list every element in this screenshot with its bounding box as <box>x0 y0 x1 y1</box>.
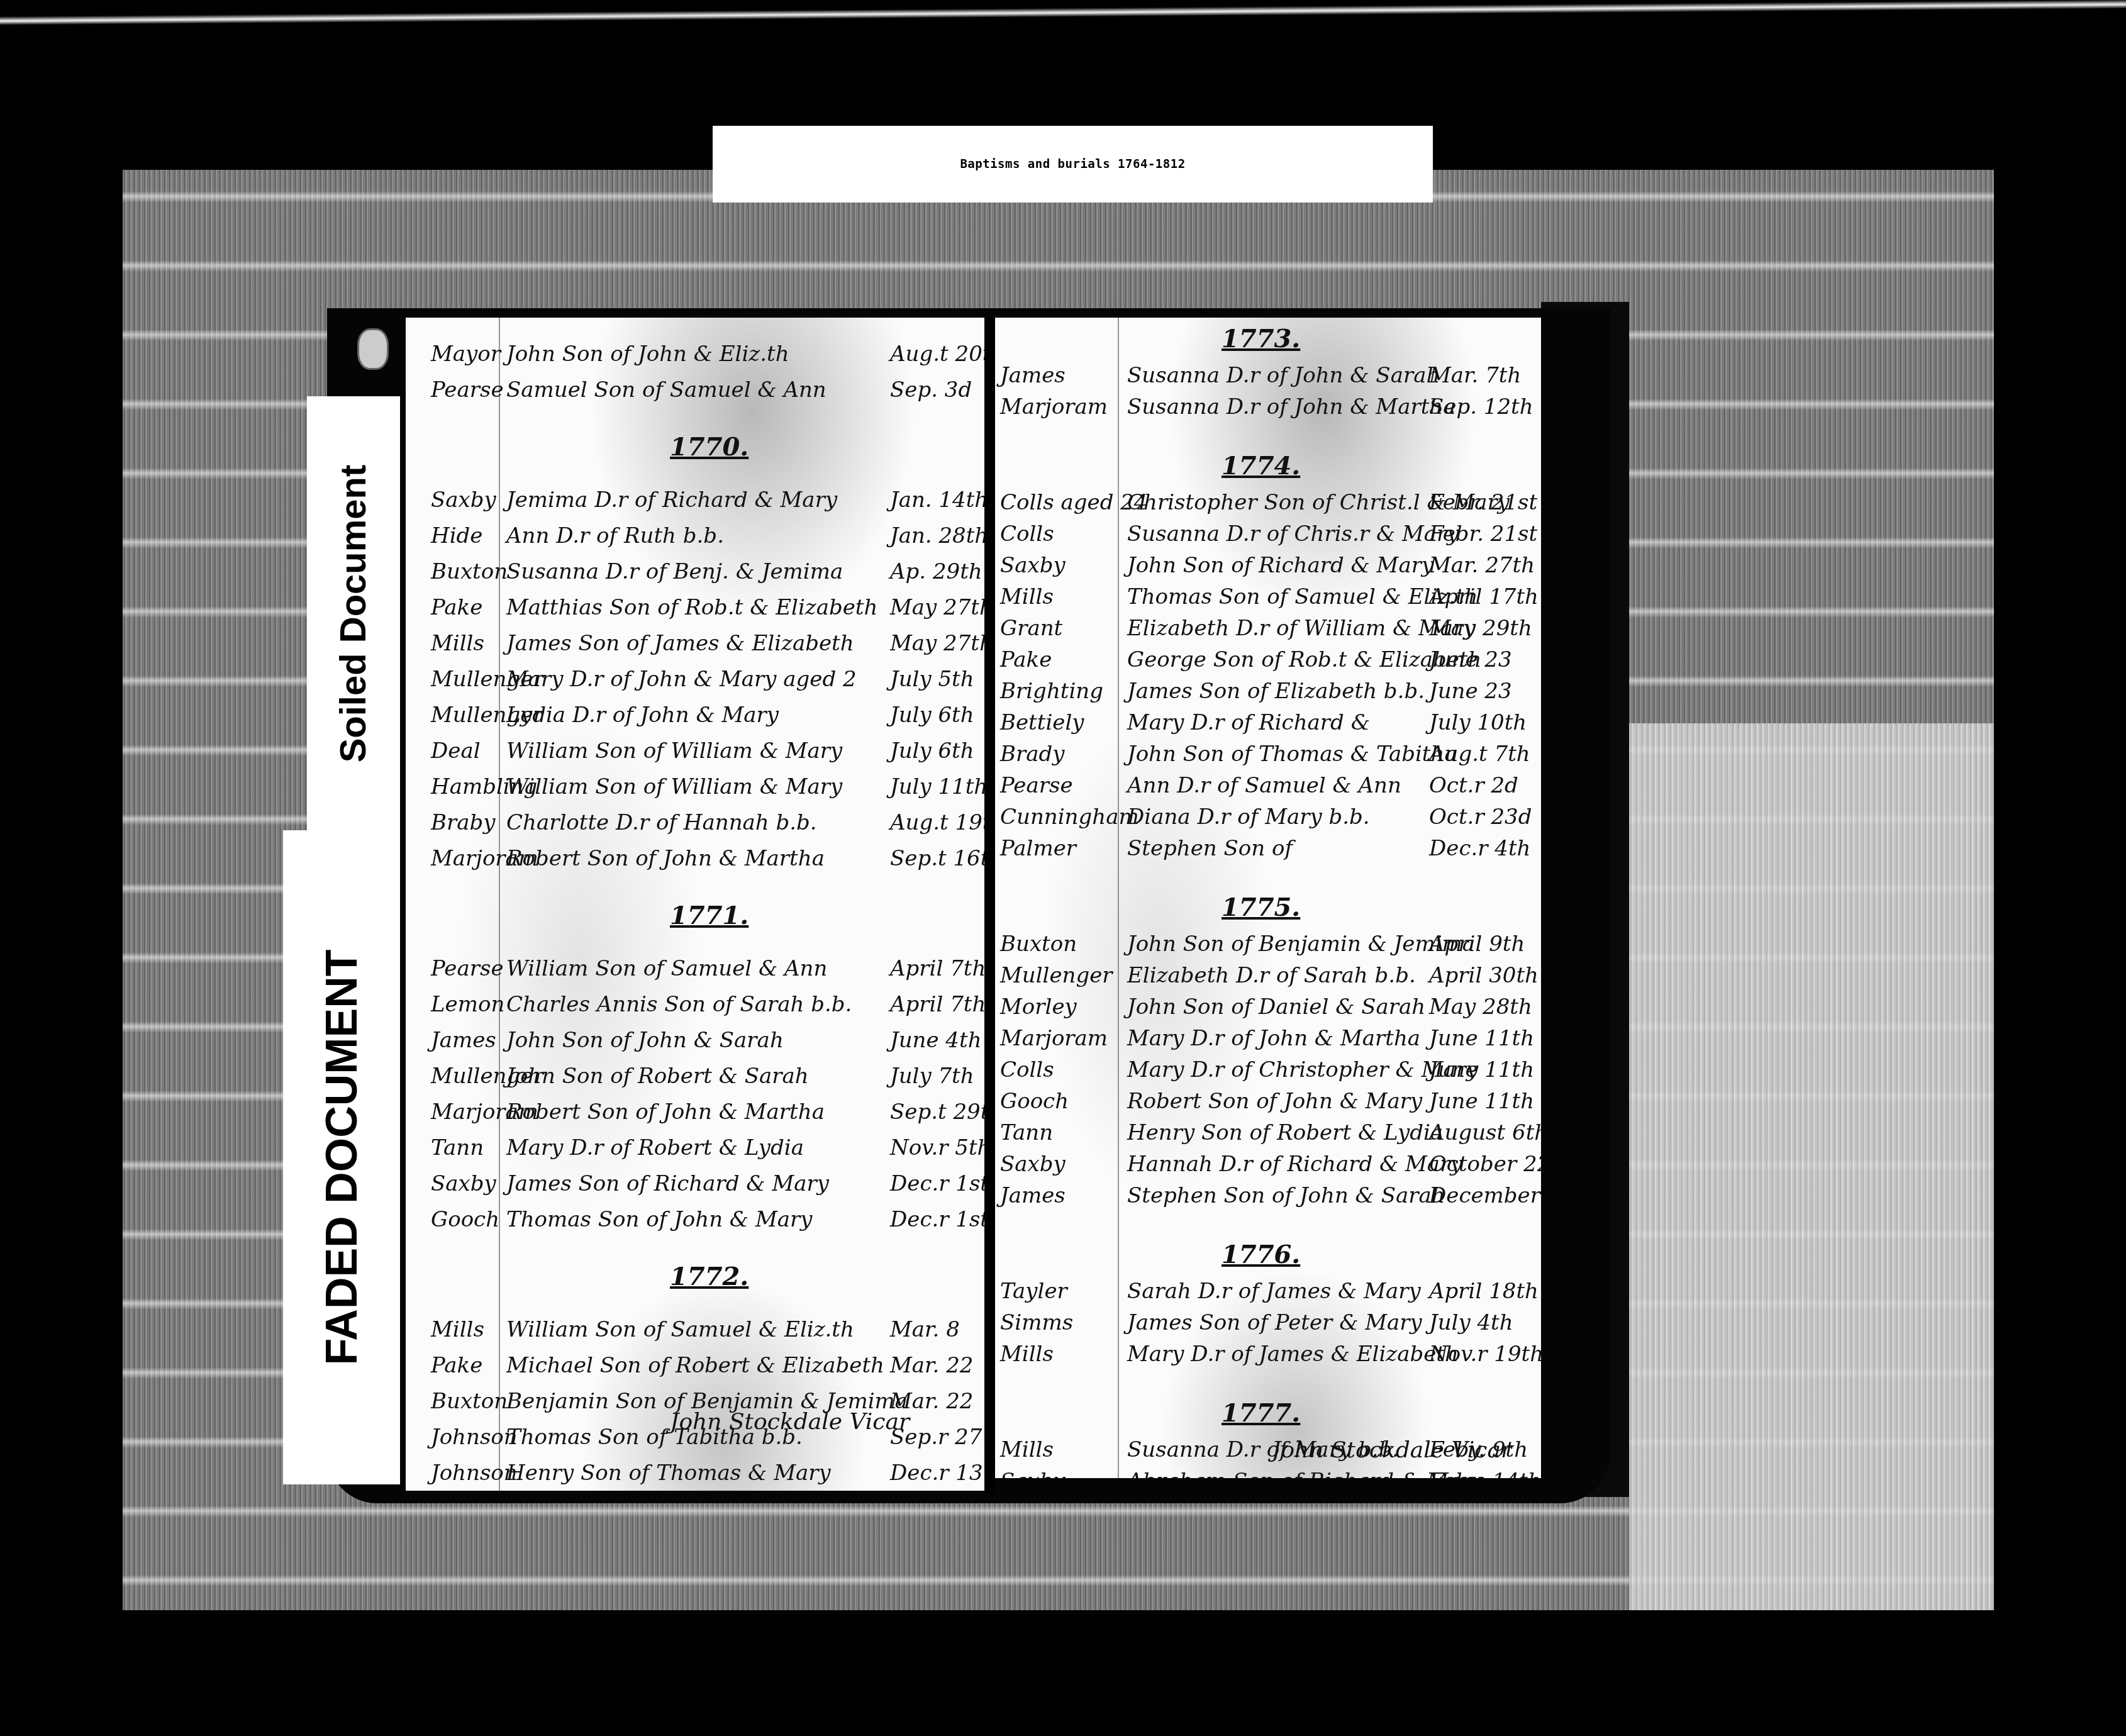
register-entry: MayorJohn Son of John & Eliz.thAug.t 20t… <box>406 342 984 369</box>
entry-text: Elizabeth D.r of William & Mary <box>1127 616 1476 641</box>
register-entry: BuxtonJohn Son of Benjamin & JemimaApril… <box>995 932 1541 959</box>
entry-surname: Pearse <box>1000 773 1073 798</box>
register-entry: MorleyJohn Son of Daniel & SarahMay 28th <box>995 994 1541 1022</box>
year-heading: 1773. <box>1222 324 1300 353</box>
entry-surname: Braby <box>431 810 495 835</box>
register-entry: JohnsonHenry Son of Thomas & MaryDec.r 1… <box>406 1461 984 1488</box>
vicar-signature: John Stockdale Vicar <box>1272 1437 1511 1463</box>
entry-surname: Tayler <box>1000 1279 1067 1304</box>
entry-text: John Son of Benjamin & Jemima <box>1127 932 1475 957</box>
entry-text: James Son of Elizabeth b.b. <box>1127 679 1425 704</box>
entry-date: April 17th <box>1429 584 1539 609</box>
entry-date: May 29th <box>1429 616 1532 641</box>
entry-text: Michael Son of Robert & Elizabeth <box>506 1353 884 1378</box>
register-entry: Colls aged 24Christopher Son of Christ.l… <box>995 490 1541 518</box>
entry-text: Ann D.r of Samuel & Ann <box>1127 773 1401 798</box>
entry-text: Matthias Son of Rob.t & Elizabeth <box>506 595 877 620</box>
entry-date: Mar. 27th <box>1429 553 1535 578</box>
entry-surname: Buxton <box>1000 932 1077 957</box>
entry-date: July 5th <box>890 667 974 692</box>
register-entry: PakeMatthias Son of Rob.t & ElizabethMay… <box>406 595 984 623</box>
register-entry: CollsMary D.r of Christopher & MaryJune … <box>995 1057 1541 1085</box>
entry-date: Sep. 3d <box>890 377 972 403</box>
entry-text: James Son of James & Elizabeth <box>506 631 854 656</box>
scan-artifact-line <box>0 0 2126 25</box>
entry-text: Thomas Son of John & Mary <box>506 1207 812 1232</box>
entry-text: Mary D.r of Richard & <box>1127 710 1370 735</box>
entry-date: July 6th <box>890 738 974 764</box>
entry-text: Robert Son of John & Mary <box>1127 1089 1422 1114</box>
entry-surname: Buxton <box>431 1389 508 1414</box>
entry-date: Oct.r 2d <box>1429 773 1518 798</box>
entry-surname: Deal <box>431 738 481 764</box>
register-entry: MarjoramMary D.r of John & MarthaJune 11… <box>995 1026 1541 1054</box>
entry-surname: Buxton <box>431 559 508 584</box>
entry-surname: Brady <box>1000 742 1064 767</box>
register-entry: PakeGeorge Son of Rob.t & ElizabethJune … <box>995 647 1541 675</box>
register-entry: MullengerElizabeth D.r of Sarah b.b.Apri… <box>995 963 1541 991</box>
entry-surname: Mayor <box>431 342 501 367</box>
register-entry: BettielyMary D.r of Richard &July 10th <box>995 710 1541 738</box>
entry-date: Mar. 8 <box>890 1317 960 1342</box>
register-entry: PalmerStephen Son ofDec.r 4th <box>995 836 1541 864</box>
register-entry: SaxbyJohn Son of Richard & MaryMar. 27th <box>995 553 1541 581</box>
entry-date: Feby. 14th <box>1429 1469 1541 1478</box>
register-entry: MarjoramSusanna D.r of John & MarthaSep.… <box>995 394 1541 422</box>
register-entry: JamesSusanna D.r of John & SarahMar. 7th <box>995 363 1541 391</box>
entry-text: Lydia D.r of John & Mary <box>506 703 779 728</box>
entry-date: Aug.t 20th <box>890 342 984 367</box>
entry-text: Stephen Son of <box>1127 836 1293 861</box>
soiled-document-text: Soiled Document <box>333 464 375 762</box>
entry-text: John Son of Daniel & Sarah <box>1127 994 1425 1020</box>
book-spine <box>984 318 995 1494</box>
register-entry: GoochRobert Son of John & MaryJune 11th <box>995 1089 1541 1116</box>
entry-text: Charlotte D.r of Hannah b.b. <box>506 810 817 835</box>
entry-date: May 27th <box>890 631 984 656</box>
entry-surname: Hide <box>431 523 482 548</box>
entry-surname: Brighting <box>1000 679 1103 704</box>
entry-surname: Tann <box>1000 1120 1053 1145</box>
entry-surname: Cunningham <box>1000 804 1139 830</box>
entry-text: Diana D.r of Mary b.b. <box>1127 804 1370 830</box>
entry-text: William Son of Samuel & Ann <box>506 956 827 981</box>
entry-date: July 6th <box>890 703 974 728</box>
year-heading: 1771. <box>670 901 749 930</box>
entry-date: June 23 <box>1429 679 1512 704</box>
entry-date: June 11th <box>1429 1026 1534 1051</box>
entry-date: Mar. 22 <box>890 1353 973 1378</box>
entry-text: Jemima D.r of Richard & Mary <box>506 487 837 513</box>
register-entry: SaxbyAbraham Son of Richard & MaryFeby. … <box>995 1469 1541 1478</box>
register-entry: CollsSusanna D.r of Chris.r & MaryFebr. … <box>995 521 1541 549</box>
register-page-left: MayorJohn Son of John & Eliz.thAug.t 20t… <box>406 318 984 1491</box>
entry-surname: Mills <box>431 631 484 656</box>
faded-document-flag: FADED DOCUMENT <box>283 830 400 1484</box>
entry-surname: Saxby <box>1000 1152 1066 1177</box>
entry-surname: Simms <box>1000 1310 1073 1335</box>
entry-text: Mary D.r of Robert & Lydia <box>506 1135 804 1160</box>
entry-date: August 6th <box>1429 1120 1541 1145</box>
entry-date: Jan. 28th <box>890 523 984 548</box>
entry-date: Sep.t 29th <box>890 1099 984 1125</box>
entry-surname: Palmer <box>1000 836 1076 861</box>
entry-surname: James <box>1000 363 1066 388</box>
clip-icon <box>357 328 389 370</box>
entry-surname: Bettiely <box>1000 710 1084 735</box>
register-entry: SaxbyJames Son of Richard & MaryDec.r 1s… <box>406 1171 984 1199</box>
entry-date: April 7th <box>890 956 984 981</box>
entry-date: April 7th <box>890 992 984 1017</box>
entry-date: Mar. 7th <box>1429 363 1521 388</box>
entry-text: Sarah D.r of James & Mary <box>1127 1279 1421 1304</box>
scan-background-light-area <box>1629 723 1994 1610</box>
entry-text: Thomas Son of Samuel & Eliz.th <box>1127 584 1478 609</box>
register-entry: MarjoramRobert Son of John & MarthaSep.t… <box>406 1099 984 1127</box>
entry-date: Ap. 29th <box>890 559 982 584</box>
entry-date: July 10th <box>1429 710 1527 735</box>
entry-text: William Son of Samuel & Eliz.th <box>506 1317 854 1342</box>
year-heading: 1777. <box>1222 1398 1300 1428</box>
register-entry: MillsMary D.r of James & ElizabethNov.r … <box>995 1342 1541 1369</box>
register-entry: PearseSamuel Son of Samuel & AnnSep. 3d <box>406 377 984 405</box>
entry-date: June 23 <box>1429 647 1512 672</box>
entry-date: July 7th <box>890 1064 974 1089</box>
entry-date: December 3d <box>1429 1183 1541 1208</box>
register-entry: SaxbyJemima D.r of Richard & MaryJan. 14… <box>406 487 984 515</box>
register-entry: DealWilliam Son of William & MaryJuly 6t… <box>406 738 984 766</box>
entry-text: John Son of Thomas & Tabitha <box>1127 742 1457 767</box>
entry-text: Mary D.r of John & Martha <box>1127 1026 1420 1051</box>
entry-surname: Johnson <box>431 1461 518 1486</box>
entry-text: Robert Son of John & Martha <box>506 846 825 871</box>
register-entry: BuxtonSusanna D.r of Benj. & JemimaAp. 2… <box>406 559 984 587</box>
entry-surname: Mullenger <box>1000 963 1113 988</box>
entry-surname: Pake <box>431 595 482 620</box>
entry-surname: Saxby <box>1000 553 1066 578</box>
entry-date: April 30th <box>1429 963 1539 988</box>
register-entry: GrantElizabeth D.r of William & MaryMay … <box>995 616 1541 643</box>
entry-surname: James <box>1000 1183 1066 1208</box>
entry-text: Mary D.r of Christopher & Mary <box>1127 1057 1478 1082</box>
entry-date: Febr. 21st <box>1429 521 1537 547</box>
entry-surname: Colls aged 24 <box>1000 490 1147 515</box>
register-entry: HideAnn D.r of Ruth b.b.Jan. 28th <box>406 523 984 551</box>
entry-text: Henry Son of Robert & Lydia <box>1127 1120 1443 1145</box>
register-entry: MullengerJohn Son of Robert & SarahJuly … <box>406 1064 984 1091</box>
register-entry: BrabyCharlotte D.r of Hannah b.b.Aug.t 1… <box>406 810 984 838</box>
entry-date: Sep.t 16th <box>890 846 984 871</box>
entry-text: Charles Annis Son of Sarah b.b. <box>506 992 852 1017</box>
register-entry: MillsJames Son of James & ElizabethMay 2… <box>406 631 984 659</box>
entry-surname: Colls <box>1000 1057 1054 1082</box>
entry-text: John Son of Richard & Mary <box>1127 553 1433 578</box>
register-entry: GoochThomas Son of John & MaryDec.r 1st <box>406 1207 984 1235</box>
entry-text: Robert Son of John & Martha <box>506 1099 825 1125</box>
entry-surname: James <box>431 1028 496 1053</box>
entry-surname: Johnson <box>431 1425 518 1450</box>
entry-surname: Pearse <box>431 956 504 981</box>
vicar-signature: John Stockdale Vicar <box>670 1409 910 1435</box>
entry-date: October 22 <box>1429 1152 1541 1177</box>
entry-text: John Son of John & Eliz.th <box>506 342 789 367</box>
entry-date: April 9th <box>1429 932 1525 957</box>
entry-text: William Son of William & Mary <box>506 738 842 764</box>
entry-date: April 18th <box>1429 1279 1539 1304</box>
entry-date: Oct.r 23d <box>1429 804 1532 830</box>
year-heading: 1772. <box>670 1262 749 1291</box>
entry-surname: Mills <box>1000 1437 1054 1462</box>
entry-surname: Gooch <box>1000 1089 1069 1114</box>
entry-surname: Pake <box>431 1353 482 1378</box>
register-entry: MillsWilliam Son of Samuel & Eliz.thMar.… <box>406 1317 984 1345</box>
entry-text: Stephen Son of John & Sarah <box>1127 1183 1445 1208</box>
entry-date: Febr. 21st <box>1429 490 1537 515</box>
entry-text: Ann D.r of Ruth b.b. <box>506 523 724 548</box>
entry-text: James Son of Richard & Mary <box>506 1171 829 1196</box>
register-entry: JamesJohn Son of John & SarahJune 4th <box>406 1028 984 1055</box>
entry-date: July 4th <box>1429 1310 1513 1335</box>
entry-date: Dec.r 13 <box>890 1461 983 1486</box>
soiled-document-flag: Soiled Document <box>307 396 400 830</box>
entry-text: Hannah D.r of Richard & Mary <box>1127 1152 1462 1177</box>
entry-surname: Grant <box>1000 616 1062 641</box>
register-entry: PakeMichael Son of Robert & ElizabethMar… <box>406 1353 984 1381</box>
entry-surname: Saxby <box>1000 1469 1066 1478</box>
entry-text: Mary D.r of John & Mary aged 2 <box>506 667 857 692</box>
register-entry: MullengerLydia D.r of John & MaryJuly 6t… <box>406 703 984 730</box>
collection-title-label: Baptisms and burials 1764-1812 <box>713 126 1433 203</box>
entry-date: July 11th <box>890 774 984 799</box>
register-entry: HamblingWilliam Son of William & MaryJul… <box>406 774 984 802</box>
register-entry: SaxbyHannah D.r of Richard & MaryOctober… <box>995 1152 1541 1179</box>
register-entry: MillsThomas Son of Samuel & Eliz.thApril… <box>995 584 1541 612</box>
entry-surname: Mills <box>1000 584 1054 609</box>
register-entry: BradyJohn Son of Thomas & TabithaAug.t 7… <box>995 742 1541 769</box>
entry-surname: Marjoram <box>1000 394 1108 420</box>
entry-text: John Son of Robert & Sarah <box>506 1064 809 1089</box>
faded-document-text: FADED DOCUMENT <box>316 949 367 1365</box>
register-entry: CunninghamDiana D.r of Mary b.b.Oct.r 23… <box>995 804 1541 832</box>
entry-date: May 28th <box>1429 994 1532 1020</box>
entry-date: Sep. 12th <box>1429 394 1533 420</box>
entry-date: June 11th <box>1429 1057 1534 1082</box>
entry-surname: Morley <box>1000 994 1077 1020</box>
entry-surname: Gooch <box>431 1207 499 1232</box>
register-entry: PearseWilliam Son of Samuel & AnnApril 7… <box>406 956 984 984</box>
year-heading: 1775. <box>1222 893 1300 922</box>
register-entry: TannHenry Son of Robert & LydiaAugust 6t… <box>995 1120 1541 1148</box>
entry-text: George Son of Rob.t & Elizabeth <box>1127 647 1481 672</box>
register-entry: LemonCharles Annis Son of Sarah b.b.Apri… <box>406 992 984 1020</box>
year-heading: 1770. <box>670 432 749 462</box>
entry-date: Aug.t 7th <box>1429 742 1530 767</box>
entry-date: May 27th <box>890 595 984 620</box>
register-entry: SimmsJames Son of Peter & MaryJuly 4th <box>995 1310 1541 1338</box>
register-entry: MarjoramRobert Son of John & MarthaSep.t… <box>406 846 984 874</box>
year-heading: 1776. <box>1222 1240 1300 1269</box>
entry-text: Elizabeth D.r of Sarah b.b. <box>1127 963 1416 988</box>
entry-date: Dec.r 1st <box>890 1171 984 1196</box>
entry-date: June 11th <box>1429 1089 1534 1114</box>
entry-surname: Saxby <box>431 1171 496 1196</box>
entry-text: Susanna D.r of John & Sarah <box>1127 363 1440 388</box>
entry-date: Nov.r 5th <box>890 1135 984 1160</box>
collection-title-text: Baptisms and burials 1764-1812 <box>960 157 1185 171</box>
entry-surname: Lemon <box>431 992 504 1017</box>
entry-text: Susanna D.r of Chris.r & Mary <box>1127 521 1459 547</box>
entry-date: Aug.t 19th <box>890 810 984 835</box>
register-entry: MullengerMary D.r of John & Mary aged 2J… <box>406 667 984 694</box>
entry-surname: Pake <box>1000 647 1052 672</box>
entry-date: June 4th <box>890 1028 982 1053</box>
entry-date: Dec.r 1st <box>890 1207 984 1232</box>
register-entry: JamesStephen Son of John & SarahDecember… <box>995 1183 1541 1211</box>
entry-surname: Mills <box>1000 1342 1054 1367</box>
entry-surname: Saxby <box>431 487 496 513</box>
entry-surname: Tann <box>431 1135 484 1160</box>
entry-text: Mary D.r of James & Elizabeth <box>1127 1342 1459 1367</box>
entry-text: Susanna D.r of Benj. & Jemima <box>506 559 843 584</box>
entry-date: Nov.r 19th <box>1429 1342 1541 1367</box>
entry-text: Susanna D.r of John & Martha <box>1127 394 1456 420</box>
register-entry: PearseAnn D.r of Samuel & AnnOct.r 2d <box>995 773 1541 801</box>
entry-text: Henry Son of Thomas & Mary <box>506 1461 831 1486</box>
register-entry: TaylerSarah D.r of James & MaryApril 18t… <box>995 1279 1541 1306</box>
entry-surname: Colls <box>1000 521 1054 547</box>
entry-surname: Pearse <box>431 377 504 403</box>
register-page-right: 1773.JamesSusanna D.r of John & SarahMar… <box>995 318 1541 1478</box>
entry-date: Jan. 14th <box>890 487 984 513</box>
entry-surname: Mills <box>431 1317 484 1342</box>
entry-surname: Marjoram <box>1000 1026 1108 1051</box>
entry-text: William Son of William & Mary <box>506 774 842 799</box>
year-heading: 1774. <box>1222 451 1300 481</box>
register-entry: TannMary D.r of Robert & LydiaNov.r 5th <box>406 1135 984 1163</box>
register-entry: BrightingJames Son of Elizabeth b.b.June… <box>995 679 1541 706</box>
entry-text: James Son of Peter & Mary <box>1127 1310 1422 1335</box>
entry-text: Samuel Son of Samuel & Ann <box>506 377 826 403</box>
entry-date: Dec.r 4th <box>1429 836 1530 861</box>
entry-text: John Son of John & Sarah <box>506 1028 784 1053</box>
